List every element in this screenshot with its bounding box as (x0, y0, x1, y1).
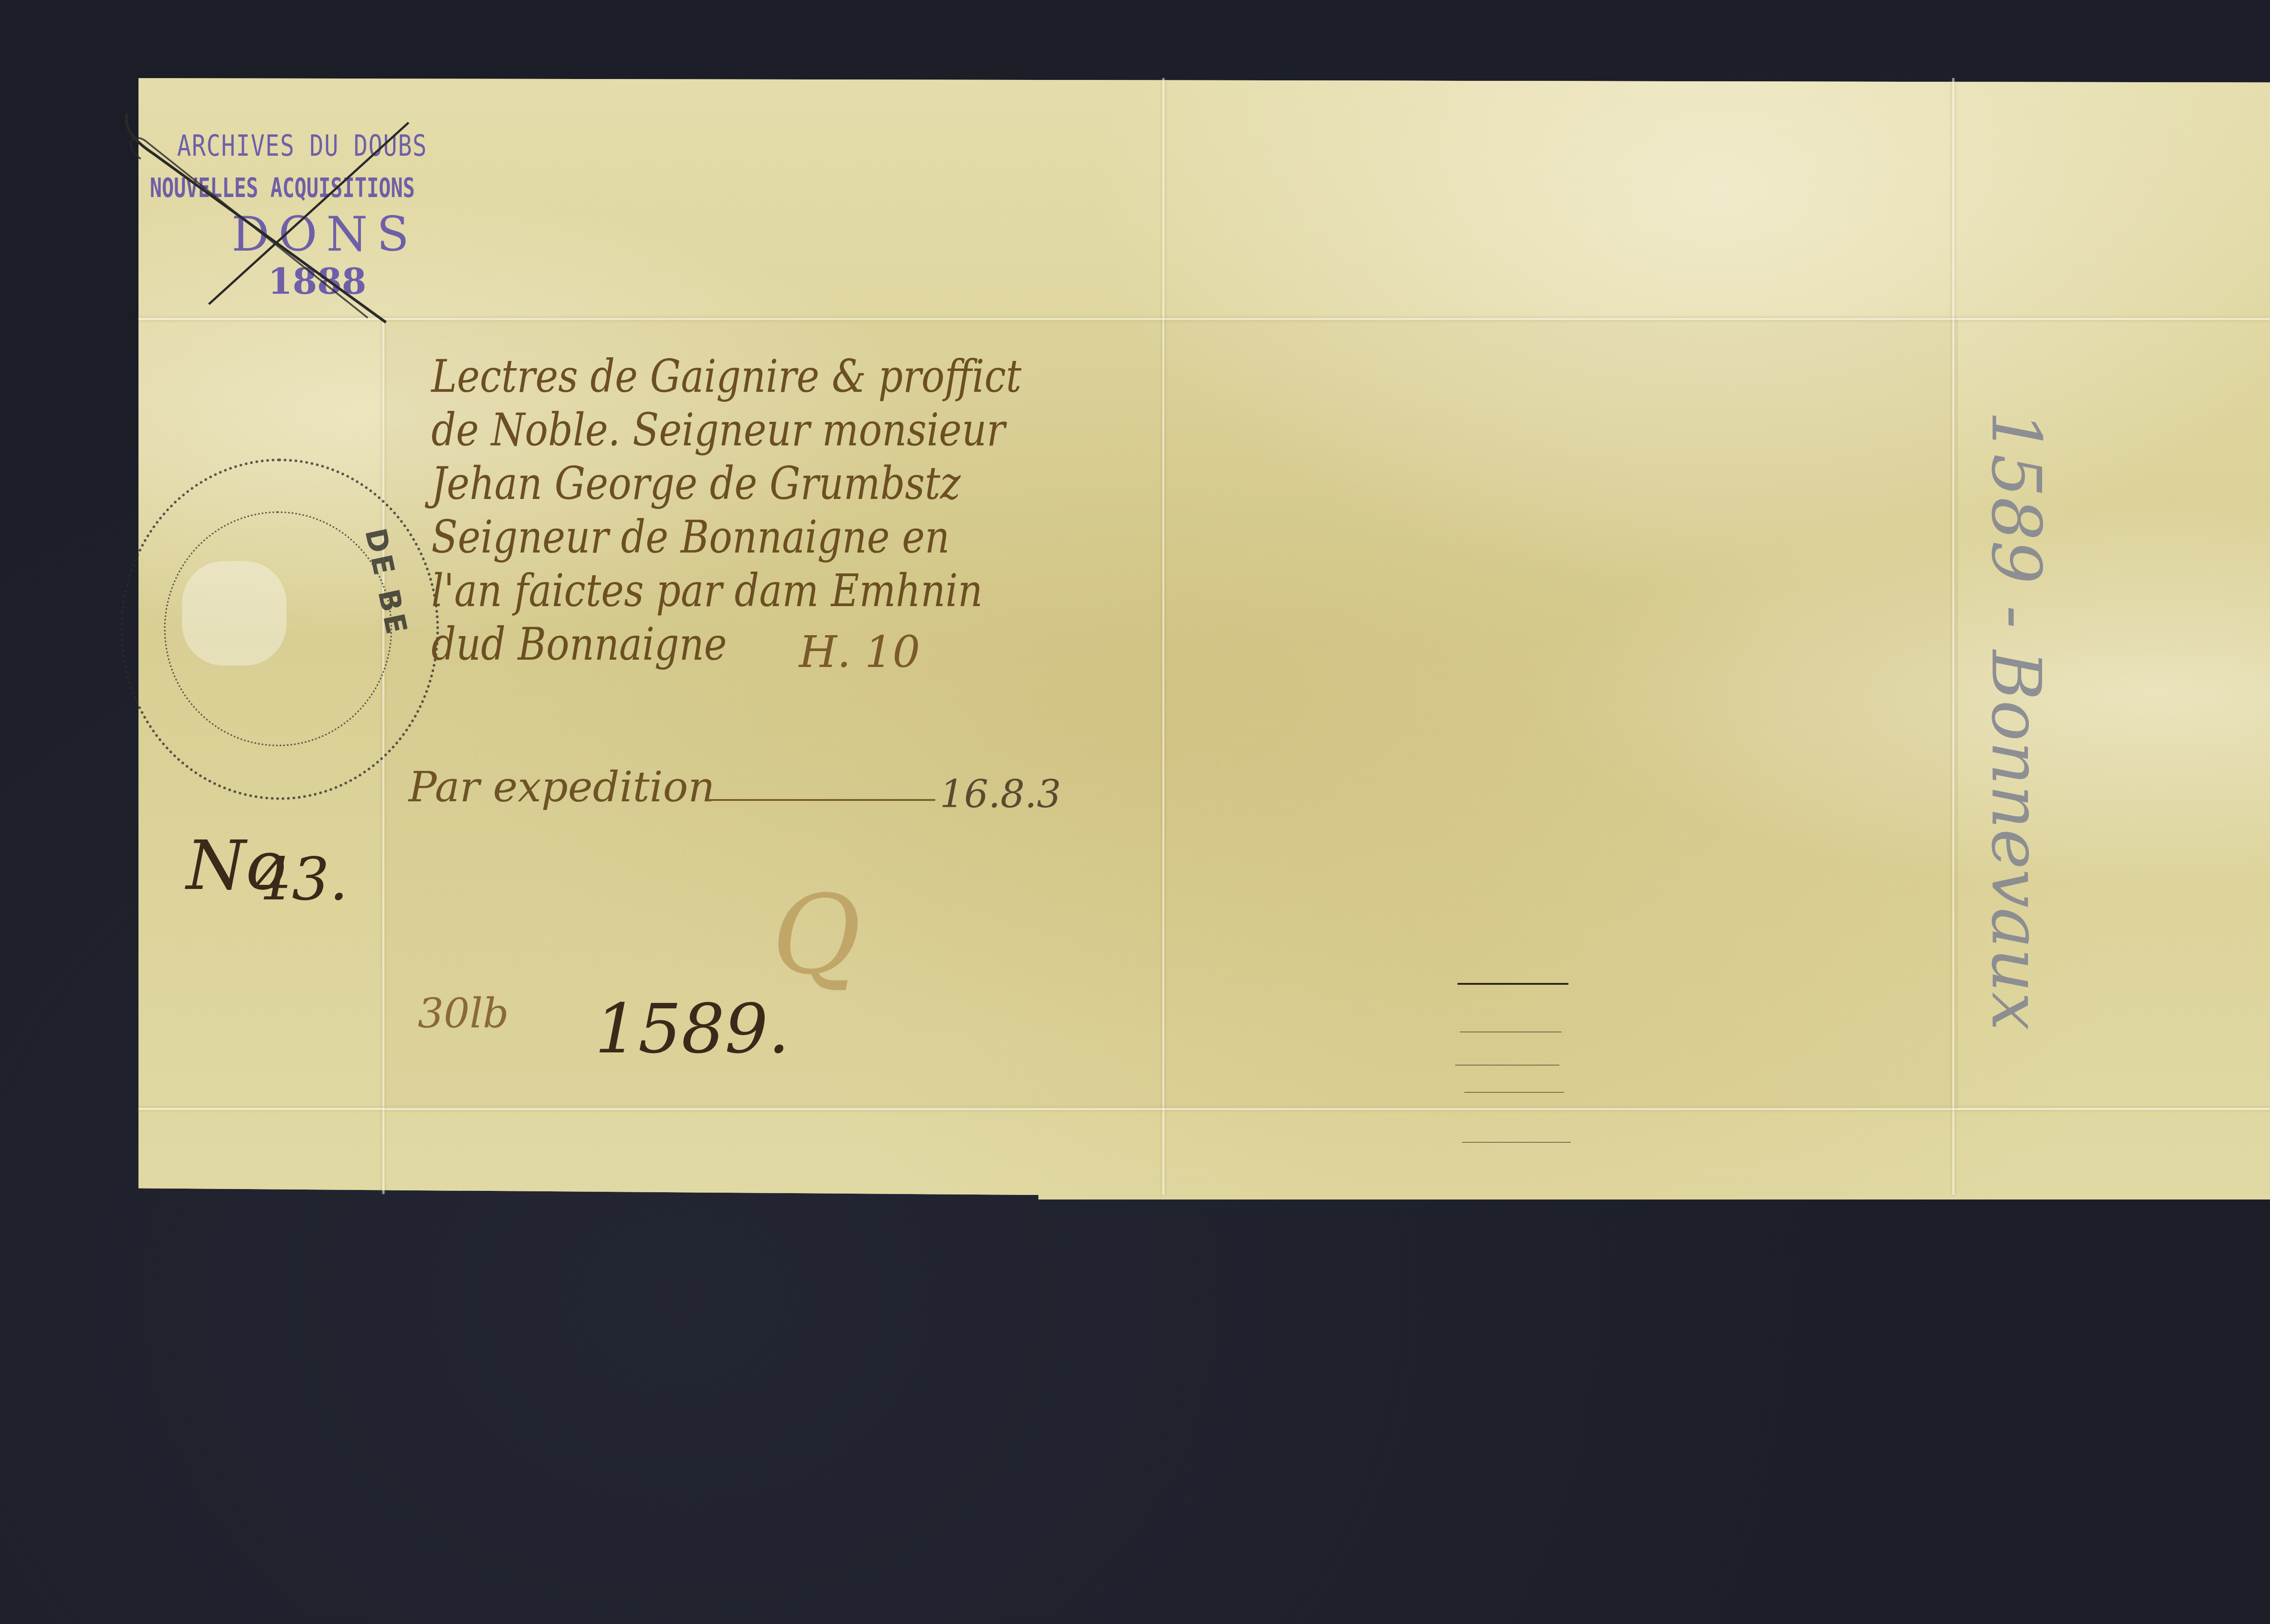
seal-inner-ring (164, 511, 392, 746)
endorsement-line: Seigneur de Bonnaigne en (431, 510, 1033, 564)
endorsement-text: Lectres de Gaignire & proffict de Noble.… (431, 350, 1140, 671)
monogram: Q (772, 872, 861, 999)
endorsement-line: dud Bonnaigne (431, 617, 1033, 671)
pencil-annotation: 1589 - Bonnevaux (1976, 403, 2055, 1038)
expedition-date: 16.8.3 (940, 772, 1061, 816)
parchment-slit (1460, 1032, 1562, 1032)
number-note-value: 43. (254, 844, 348, 913)
classification-mark: H. 10 (799, 627, 920, 677)
fold-line-vertical-2 (1162, 78, 1165, 1195)
cross-out-mark-icon (113, 104, 431, 331)
fold-line-horizontal-2 (138, 1108, 2270, 1110)
parchment-slit (1462, 1142, 1571, 1143)
parchment-slit (1464, 1092, 1564, 1093)
year-note: 1589. (595, 990, 790, 1069)
expedition-rule (708, 799, 935, 801)
parchment-slit (1455, 1065, 1559, 1066)
right-panel (1165, 318, 1958, 1109)
expedition-label: Par expedition (409, 763, 715, 811)
fold-line-horizontal-1 (138, 318, 2270, 320)
endorsement-line: l'an faictes par dam Emhnin (431, 564, 1033, 617)
endorsement-line: Jehan George de Grumbstz (431, 457, 1033, 510)
fold-line-vertical-3 (1952, 78, 1954, 1195)
endorsement-line: Lectres de Gaignire & proffict (431, 350, 1033, 403)
endorsement-line: de Noble. Seigneur monsieur (431, 403, 1033, 457)
library-seal: DE BE (120, 459, 439, 800)
weight-note: 30lb (418, 990, 509, 1037)
parchment-slit (1457, 983, 1569, 985)
